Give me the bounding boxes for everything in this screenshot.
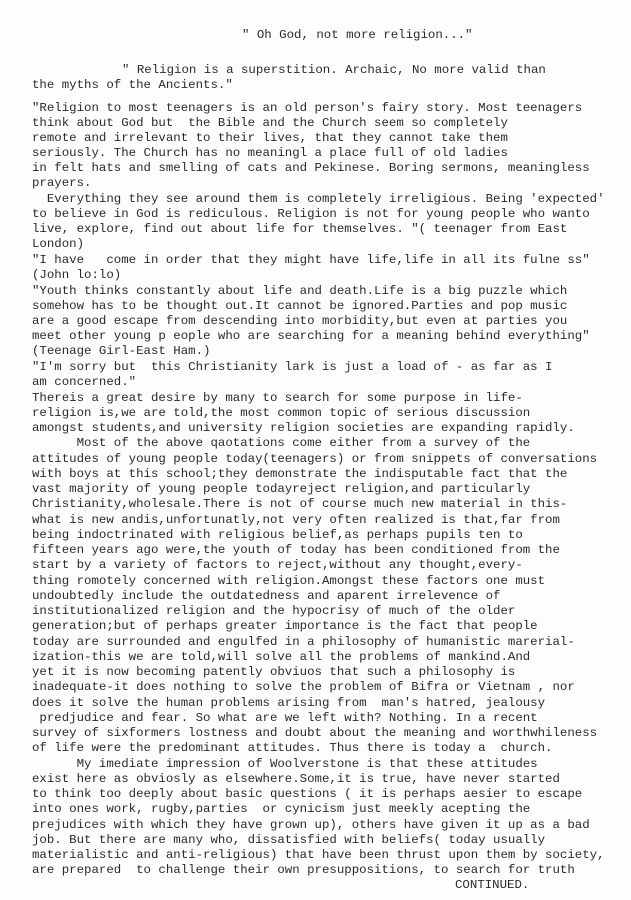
- text-line: (Teenage Girl-East Ham.): [32, 344, 210, 359]
- text-line: am concerned.": [32, 375, 136, 390]
- text-line: into ones work, rugby,parties or cynicis…: [32, 802, 530, 817]
- text-line: being indoctrinated with religious belie…: [32, 528, 523, 543]
- text-line: inadequate-it does nothing to solve the …: [32, 680, 575, 695]
- text-line: today are surrounded and engulfed in a p…: [32, 635, 575, 650]
- text-line: thing romotely concerned with religion.A…: [32, 574, 545, 589]
- text-line: prayers.: [32, 176, 92, 191]
- text-line: meet other young p eople who are searchi…: [32, 329, 590, 344]
- text-line: religion is,we are told,the most common …: [32, 406, 530, 421]
- text-line: amongst students,and university religion…: [32, 421, 575, 436]
- text-line: generation;but of perhaps greater import…: [32, 619, 538, 634]
- text-line: somehow has to be thought out.It cannot …: [32, 299, 567, 314]
- text-line: prejudices with which they have grown up…: [32, 818, 590, 833]
- text-line: My imediate impression of Woolverstone i…: [32, 757, 538, 772]
- text-line: are a good escape from descending into m…: [32, 314, 567, 329]
- text-line: Christianity,wholesale.There is not of c…: [32, 497, 567, 512]
- text-line: with boys at this school;they demonstrat…: [32, 467, 567, 482]
- text-line: does it solve the human problems arising…: [32, 696, 545, 711]
- text-line: ization-this we are told,will solve all …: [32, 650, 530, 665]
- text-line: materialistic and anti-religious) that h…: [32, 848, 605, 863]
- text-line: in felt hats and smelling of cats and Pe…: [32, 161, 590, 176]
- text-line: of life were the predominant attitudes. …: [32, 741, 553, 756]
- text-line: "I have come in order that they might ha…: [32, 253, 590, 268]
- text-line: "I'm sorry but this Christianity lark is…: [32, 360, 553, 375]
- text-line: institutionalized religion and the hypoc…: [32, 604, 515, 619]
- text-line: "Youth thinks constantly about life and …: [32, 284, 567, 299]
- text-line: seriously. The Church has no meaningl a …: [32, 146, 508, 161]
- text-line: start by a variety of factors to reject,…: [32, 558, 523, 573]
- text-line: fifteen years ago were,the youth of toda…: [32, 543, 560, 558]
- page-title: " Oh God, not more religion...": [242, 28, 473, 43]
- text-line: exist here as obviosly as elsewhere.Some…: [32, 772, 560, 787]
- text-line: Everything they see around them is compl…: [32, 192, 605, 207]
- text-line: what is new andis,unfortunatly,not very …: [32, 513, 560, 528]
- text-line: job. But there are many who, dissatisfie…: [32, 833, 545, 848]
- typed-page: " Oh God, not more religion..."" Religio…: [0, 0, 631, 900]
- text-line: live, explore, find out about life for t…: [32, 222, 567, 237]
- text-line: to think too deeply about basic question…: [32, 787, 582, 802]
- text-line: "Religion to most teenagers is an old pe…: [32, 101, 582, 116]
- text-line: predjudice and fear. So what are we left…: [32, 711, 538, 726]
- text-line: Most of the above qaotations come either…: [32, 436, 530, 451]
- text-line: " Religion is a superstition. Archaic, N…: [122, 63, 546, 78]
- text-line: (John lo:lo): [32, 268, 121, 283]
- text-line: undoubtedly include the outdatedness and…: [32, 589, 500, 604]
- text-line: think about God but the Bible and the Ch…: [32, 116, 508, 131]
- text-line: attitudes of young people today(teenager…: [32, 452, 597, 467]
- text-line: yet it is now becoming patently obviuos …: [32, 665, 515, 680]
- text-line: survey of sixformers lostness and doubt …: [32, 726, 597, 741]
- text-line: London): [32, 237, 84, 252]
- text-line: are prepared to challenge their own pres…: [32, 863, 575, 878]
- continued-marker: CONTINUED.: [455, 878, 529, 893]
- text-line: Thereis a great desire by many to search…: [32, 391, 523, 406]
- text-line: vast majority of young people todayrejec…: [32, 482, 530, 497]
- text-line: the myths of the Ancients.": [32, 78, 233, 93]
- text-line: remote and irrelevant to their lives, th…: [32, 131, 508, 146]
- text-line: to believe in God is rediculous. Religio…: [32, 207, 590, 222]
